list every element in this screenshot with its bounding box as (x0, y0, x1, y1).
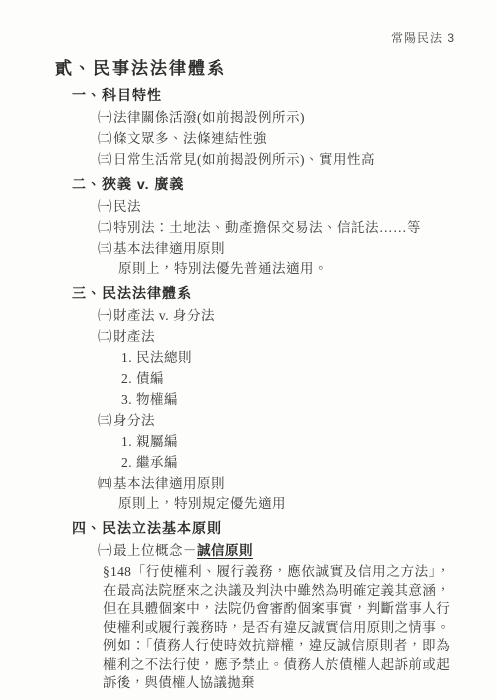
list-item: ㈠最上位概念－誠信原則 (98, 540, 450, 561)
sublist-item: 2. 債編 (121, 368, 450, 389)
list-item: ㈠民法 (98, 196, 450, 217)
item-text: 特別法：土地法、動產擔保交易法、信託法……等 (113, 220, 421, 235)
sublist-item: 1. 民法總則 (121, 347, 450, 368)
list-item: ㈢基本法律適用原則 (98, 238, 450, 259)
section-1-heading: 一、科目特性 (72, 83, 450, 107)
item-marker: ㈡ (98, 220, 112, 235)
list-item: ㈢日常生活常見(如前揭設例所示)、實用性高 (98, 149, 450, 170)
list-item: ㈠法律關係活潑(如前揭設例所示) (98, 107, 450, 128)
item-text: 財產法 (113, 329, 155, 344)
emphasized-term: 誠信原則 (197, 543, 253, 558)
item-marker: ㈠ (98, 543, 112, 558)
item-marker: ㈡ (98, 329, 112, 344)
section-2-heading: 二、狹義 v. 廣義 (72, 172, 450, 196)
list-item: ㈡財產法 (98, 326, 450, 347)
list-item: ㈡條文眾多、法條連結性強 (98, 128, 450, 149)
item-text: 法律關係活潑(如前揭設例所示) (113, 110, 305, 125)
principle-note: 原則上，特別法優先普通法適用。 (118, 259, 450, 279)
item-text: 基本法律適用原則 (113, 241, 225, 256)
item-text: 民法 (113, 199, 141, 214)
list-item: ㈢身分法 (98, 410, 450, 431)
item-marker: ㈣ (98, 476, 112, 491)
section-1: 一、科目特性 ㈠法律關係活潑(如前揭設例所示) ㈡條文眾多、法條連結性強 ㈢日常… (55, 83, 450, 170)
list-item: ㈡特別法：土地法、動產擔保交易法、信託法……等 (98, 217, 450, 238)
body-paragraph: §148「行使權利、履行義務，應依誠實及信用之方法」，在最高法院歷來之決議及判決… (103, 563, 450, 693)
item-marker: ㈠ (98, 110, 112, 125)
section-4: 四、民法立法基本原則 ㈠最上位概念－誠信原則 §148「行使權利、履行義務，應依… (55, 516, 450, 693)
item-text-prefix: 最上位概念－ (113, 543, 197, 558)
sublist-item: 3. 物權編 (121, 389, 450, 410)
page-content: 貳、民事法法律體系 一、科目特性 ㈠法律關係活潑(如前揭設例所示) ㈡條文眾多、… (55, 57, 450, 693)
page-title: 貳、民事法法律體系 (55, 57, 450, 81)
section-4-heading: 四、民法立法基本原則 (72, 516, 450, 540)
item-marker: ㈢ (98, 413, 112, 428)
section-3: 三、民法法律體系 ㈠財產法 v. 身分法 ㈡財產法 1. 民法總則 2. 債編 … (55, 281, 450, 514)
item-marker: ㈠ (98, 308, 112, 323)
list-item: ㈣基本法律適用原則 (98, 473, 450, 494)
item-text: 財產法 v. 身分法 (113, 308, 215, 323)
section-3-heading: 三、民法法律體系 (72, 281, 450, 305)
item-text: 條文眾多、法條連結性強 (113, 131, 267, 146)
item-marker: ㈢ (98, 152, 112, 167)
section-2: 二、狹義 v. 廣義 ㈠民法 ㈡特別法：土地法、動產擔保交易法、信託法……等 ㈢… (55, 172, 450, 279)
document-page: 常陽民法 3 貳、民事法法律體系 一、科目特性 ㈠法律關係活潑(如前揭設例所示)… (0, 0, 497, 700)
page-header-running-title: 常陽民法 3 (391, 29, 455, 46)
item-marker: ㈡ (98, 131, 112, 146)
sublist-item: 2. 繼承編 (121, 452, 450, 473)
item-marker: ㈠ (98, 199, 112, 214)
item-text: 日常生活常見(如前揭設例所示)、實用性高 (113, 152, 375, 167)
principle-note: 原則上，特別規定優先適用 (118, 494, 450, 514)
item-marker: ㈢ (98, 241, 112, 256)
item-text: 基本法律適用原則 (113, 476, 225, 491)
list-item: ㈠財產法 v. 身分法 (98, 305, 450, 326)
sublist-item: 1. 親屬編 (121, 431, 450, 452)
item-text: 身分法 (113, 413, 155, 428)
